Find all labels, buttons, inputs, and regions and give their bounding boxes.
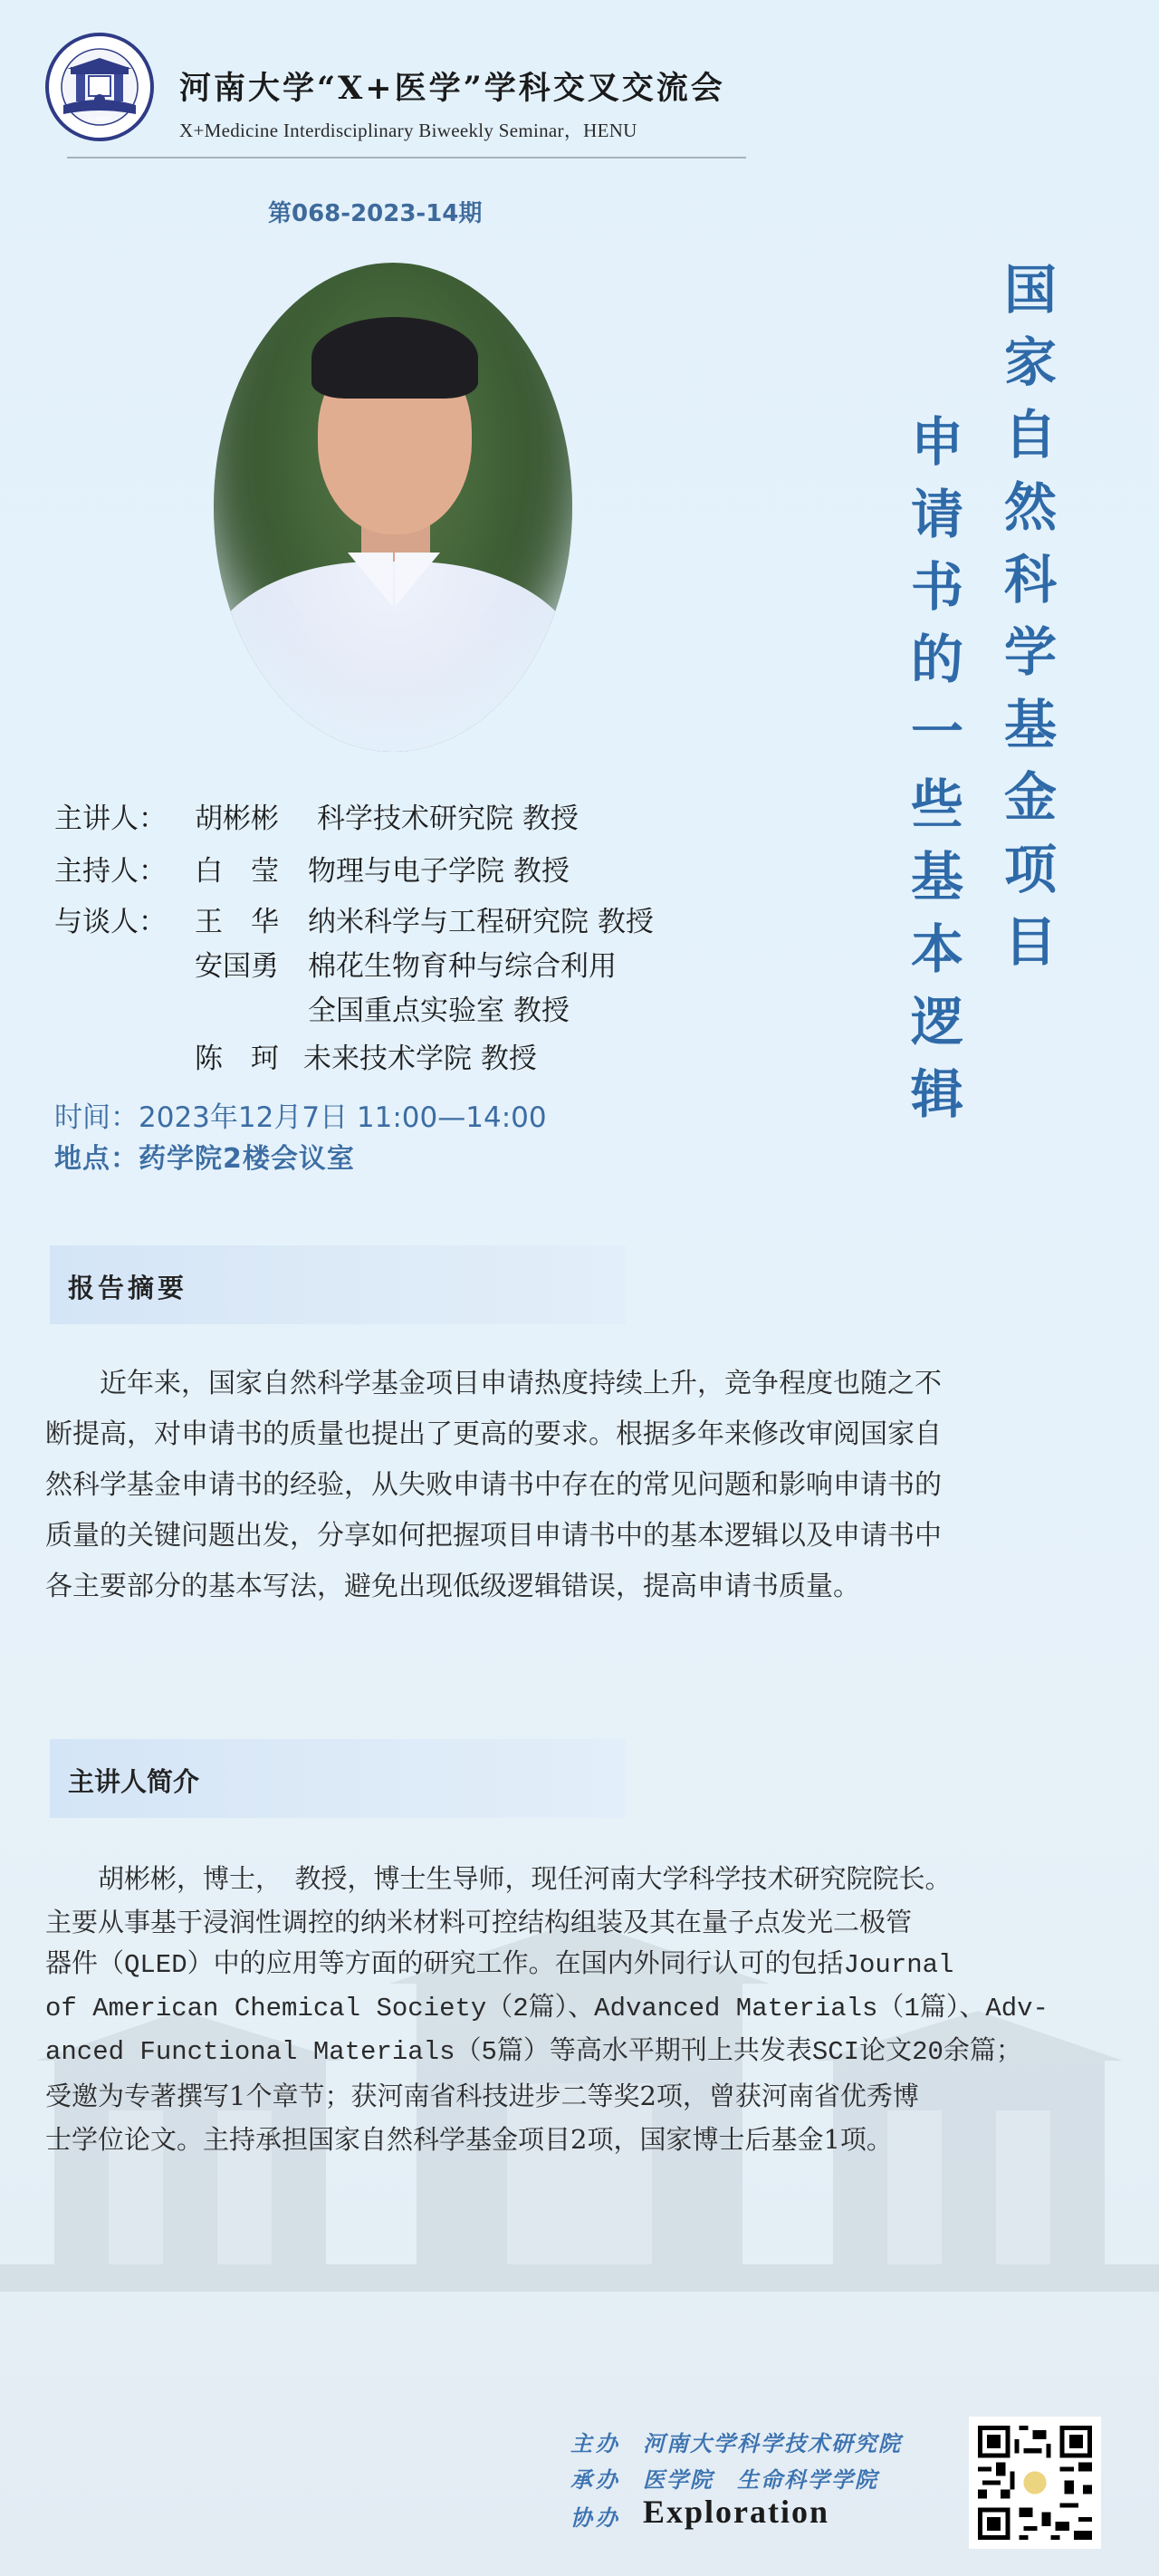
panelist-name: 安国勇 [195,943,279,984]
organizer-value: 河南大学科学技术研究院 [643,2426,902,2457]
qr-code[interactable] [969,2417,1101,2549]
exploration-logo: Exploration [643,2493,829,2531]
panelist-name: 王 华 [195,899,279,939]
panelist-affiliation: 纳米科学与工程研究院 教授 [308,899,654,939]
panelist-name: 陈 珂 [195,1035,279,1076]
speaker-label: 主讲人： [54,795,167,836]
seminar-title: 河南大学“X+医学”学科交叉交流会 [179,63,725,109]
talk-title-line-1: 国家 自然 科学 基金 项目 [996,254,1065,978]
organizer-key: 协办 [570,2500,621,2532]
speaker-photo [214,263,572,752]
issue-number: 第068-2023-14期 [268,195,482,228]
abstract-text: 近年来，国家自然科学基金项目申请热度持续上升，竞争程度也随之不 断提高，对申请书… [45,1359,1118,1612]
host-label: 主持人： [54,848,167,889]
abstract-heading: 报告摘要 [68,1268,187,1305]
host-affiliation: 物理与电子学院 教授 [308,848,570,889]
organizer-key: 承办 [570,2462,621,2494]
panelist-affiliation: 全国重点实验室 教授 [308,987,570,1028]
bio-text: 胡彬彬，博士， 教授，博士生导师，现任河南大学科学技术研究院院长。 主要从事基于… [45,1857,1118,2161]
organizer-value: 医学院 生命科学学院 [643,2462,878,2494]
talk-title-line-2: 申请 书的 一些 基本 逻辑 [903,406,972,1130]
panelist-affiliation: 棉花生物育种与综合利用 [308,943,617,984]
panelist-affiliation: 未来技术学院 教授 [303,1035,537,1076]
speaker-affiliation: 科学技术研究院 教授 [317,795,579,836]
logo-label: X+MIBS [88,117,111,123]
seminar-subtitle: X+Medicine Interdisciplinary Biweekly Se… [179,116,637,143]
header-divider [67,157,746,159]
host-name: 白 莹 [195,848,279,889]
seminar-logo: X+MIBS [43,31,156,143]
panel-label: 与谈人： [54,899,167,939]
abstract-section-header: 报告摘要 [50,1245,626,1324]
bio-section-header: 主讲人简介 [50,1739,626,1818]
speaker-name: 胡彬彬 [195,795,279,836]
organizer-key: 主办 [570,2426,621,2457]
event-time: 时间：2023年12月7日 11:00—14:00 [54,1094,547,1135]
event-location: 地点：药学院2楼会议室 [54,1136,355,1176]
bio-heading: 主讲人简介 [68,1762,199,1799]
